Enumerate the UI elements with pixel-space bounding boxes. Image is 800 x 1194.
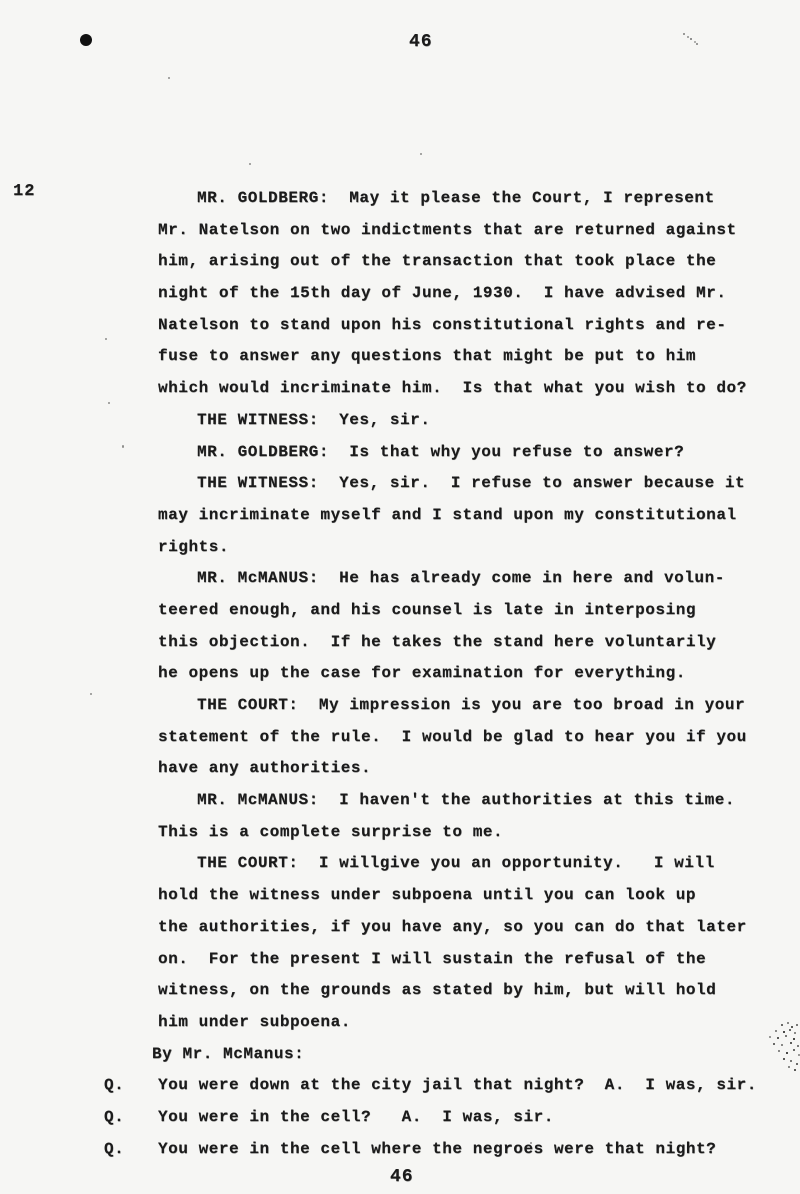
transcript-line: Q.You were down at the city jail that ni… xyxy=(0,1070,800,1102)
transcript-line-text: You were in the cell? A. I was, sir. xyxy=(158,1108,554,1126)
transcript-line: him, arising out of the transaction that… xyxy=(0,246,800,278)
transcript-line-text: MR. GOLDBERG: Is that why you refuse to … xyxy=(197,443,684,461)
transcript-line-text: hold the witness under subpoena until yo… xyxy=(158,886,696,904)
question-label: Q. xyxy=(104,1102,124,1134)
scan-scratch-mark xyxy=(683,33,685,35)
transcript-line-text: him, arising out of the transaction that… xyxy=(158,252,716,270)
page-number-bottom: 46 xyxy=(390,1167,414,1187)
scan-speck xyxy=(122,445,124,448)
transcript-line: may incriminate myself and I stand upon … xyxy=(0,500,800,532)
transcript-line-text: Natelson to stand upon his constitutiona… xyxy=(158,316,727,334)
transcript-line: Q.You were in the cell where the negroes… xyxy=(0,1134,800,1166)
transcript-lines: MR. GOLDBERG: May it please the Court, I… xyxy=(0,183,800,1165)
transcript-line: THE COURT: My impression is you are too … xyxy=(0,690,800,722)
transcript-line: THE COURT: I willgive you an opportunity… xyxy=(0,848,800,880)
transcript-line: witness, on the grounds as stated by him… xyxy=(0,975,800,1007)
scan-speck xyxy=(249,163,251,165)
transcript-line: on. For the present I will sustain the r… xyxy=(0,944,800,976)
transcript-line-text: on. For the present I will sustain the r… xyxy=(158,950,706,968)
transcript-line-text: rights. xyxy=(158,538,229,556)
transcript-line-text: THE WITNESS: Yes, sir. I refuse to answe… xyxy=(197,474,745,492)
transcript-line: he opens up the case for examination for… xyxy=(0,658,800,690)
transcript-line-text: have any authorities. xyxy=(158,759,371,777)
scan-noise-patch xyxy=(763,1022,765,1024)
transcript-line-text: this objection. If he takes the stand he… xyxy=(158,633,716,651)
transcript-line: teered enough, and his counsel is late i… xyxy=(0,595,800,627)
transcript-line-text: This is a complete surprise to me. xyxy=(158,823,503,841)
transcript-line: Q.You were in the cell? A. I was, sir. xyxy=(0,1102,800,1134)
transcript-line-text: You were down at the city jail that nigh… xyxy=(158,1076,757,1094)
transcript-line-text: MR. GOLDBERG: May it please the Court, I… xyxy=(197,189,715,207)
transcript-line: hold the witness under subpoena until yo… xyxy=(0,880,800,912)
scan-speck xyxy=(420,153,422,155)
transcript-line-text: witness, on the grounds as stated by him… xyxy=(158,981,716,999)
transcript-line-text: THE COURT: My impression is you are too … xyxy=(197,696,745,714)
hole-punch-mark xyxy=(80,34,92,46)
transcript-line: MR. GOLDBERG: May it please the Court, I… xyxy=(0,183,800,215)
transcript-line: which would incriminate him. Is that wha… xyxy=(0,373,800,405)
transcript-line-text: him under subpoena. xyxy=(158,1013,351,1031)
question-label: Q. xyxy=(104,1070,124,1102)
transcript-line-text: the authorities, if you have any, so you… xyxy=(158,918,747,936)
transcript-line: the authorities, if you have any, so you… xyxy=(0,912,800,944)
transcript-line: THE WITNESS: Yes, sir. I refuse to answe… xyxy=(0,468,800,500)
transcript-line-text: fuse to answer any questions that might … xyxy=(158,347,696,365)
transcript-line: This is a complete surprise to me. xyxy=(0,817,800,849)
transcript-line: night of the 15th day of June, 1930. I h… xyxy=(0,278,800,310)
transcript-line: MR. McMANUS: He has already come in here… xyxy=(0,563,800,595)
scan-speck xyxy=(108,402,110,404)
transcript-line-text: By Mr. McManus: xyxy=(152,1045,304,1063)
scan-speck xyxy=(105,338,107,340)
transcript-line-text: statement of the rule. I would be glad t… xyxy=(158,728,747,746)
page-number-top: 46 xyxy=(409,32,433,52)
transcript-line: MR. McMANUS: I haven't the authorities a… xyxy=(0,785,800,817)
scan-speck xyxy=(168,77,170,79)
transcript-page: 46 12 MR. GOLDBERG: May it please the Co… xyxy=(0,0,800,1194)
transcript-line-text: THE WITNESS: Yes, sir. xyxy=(197,411,431,429)
transcript-line: statement of the rule. I would be glad t… xyxy=(0,722,800,754)
transcript-line-text: he opens up the case for examination for… xyxy=(158,664,686,682)
transcript-line: have any authorities. xyxy=(0,753,800,785)
transcript-line: By Mr. McManus: xyxy=(0,1039,800,1071)
transcript-line: THE WITNESS: Yes, sir. xyxy=(0,405,800,437)
transcript-line-text: You were in the cell where the negroes w… xyxy=(158,1140,716,1158)
transcript-line-text: may incriminate myself and I stand upon … xyxy=(158,506,737,524)
transcript-line: rights. xyxy=(0,532,800,564)
scan-speck xyxy=(530,1142,532,1144)
scan-speck xyxy=(90,693,92,695)
transcript-line-text: THE COURT: I willgive you an opportunity… xyxy=(197,854,715,872)
transcript-line-text: night of the 15th day of June, 1930. I h… xyxy=(158,284,727,302)
transcript-line-text: MR. McMANUS: He has already come in here… xyxy=(197,569,725,587)
transcript-line-text: Mr. Natelson on two indictments that are… xyxy=(158,221,737,239)
transcript-line: this objection. If he takes the stand he… xyxy=(0,627,800,659)
transcript-line: him under subpoena. xyxy=(0,1007,800,1039)
transcript-line: fuse to answer any questions that might … xyxy=(0,341,800,373)
transcript-line: MR. GOLDBERG: Is that why you refuse to … xyxy=(0,437,800,469)
transcript-line-text: which would incriminate him. Is that wha… xyxy=(158,379,747,397)
transcript-line: Natelson to stand upon his constitutiona… xyxy=(0,310,800,342)
transcript-line: Mr. Natelson on two indictments that are… xyxy=(0,215,800,247)
question-label: Q. xyxy=(104,1134,124,1166)
transcript-line-text: MR. McMANUS: I haven't the authorities a… xyxy=(197,791,735,809)
transcript-line-text: teered enough, and his counsel is late i… xyxy=(158,601,696,619)
